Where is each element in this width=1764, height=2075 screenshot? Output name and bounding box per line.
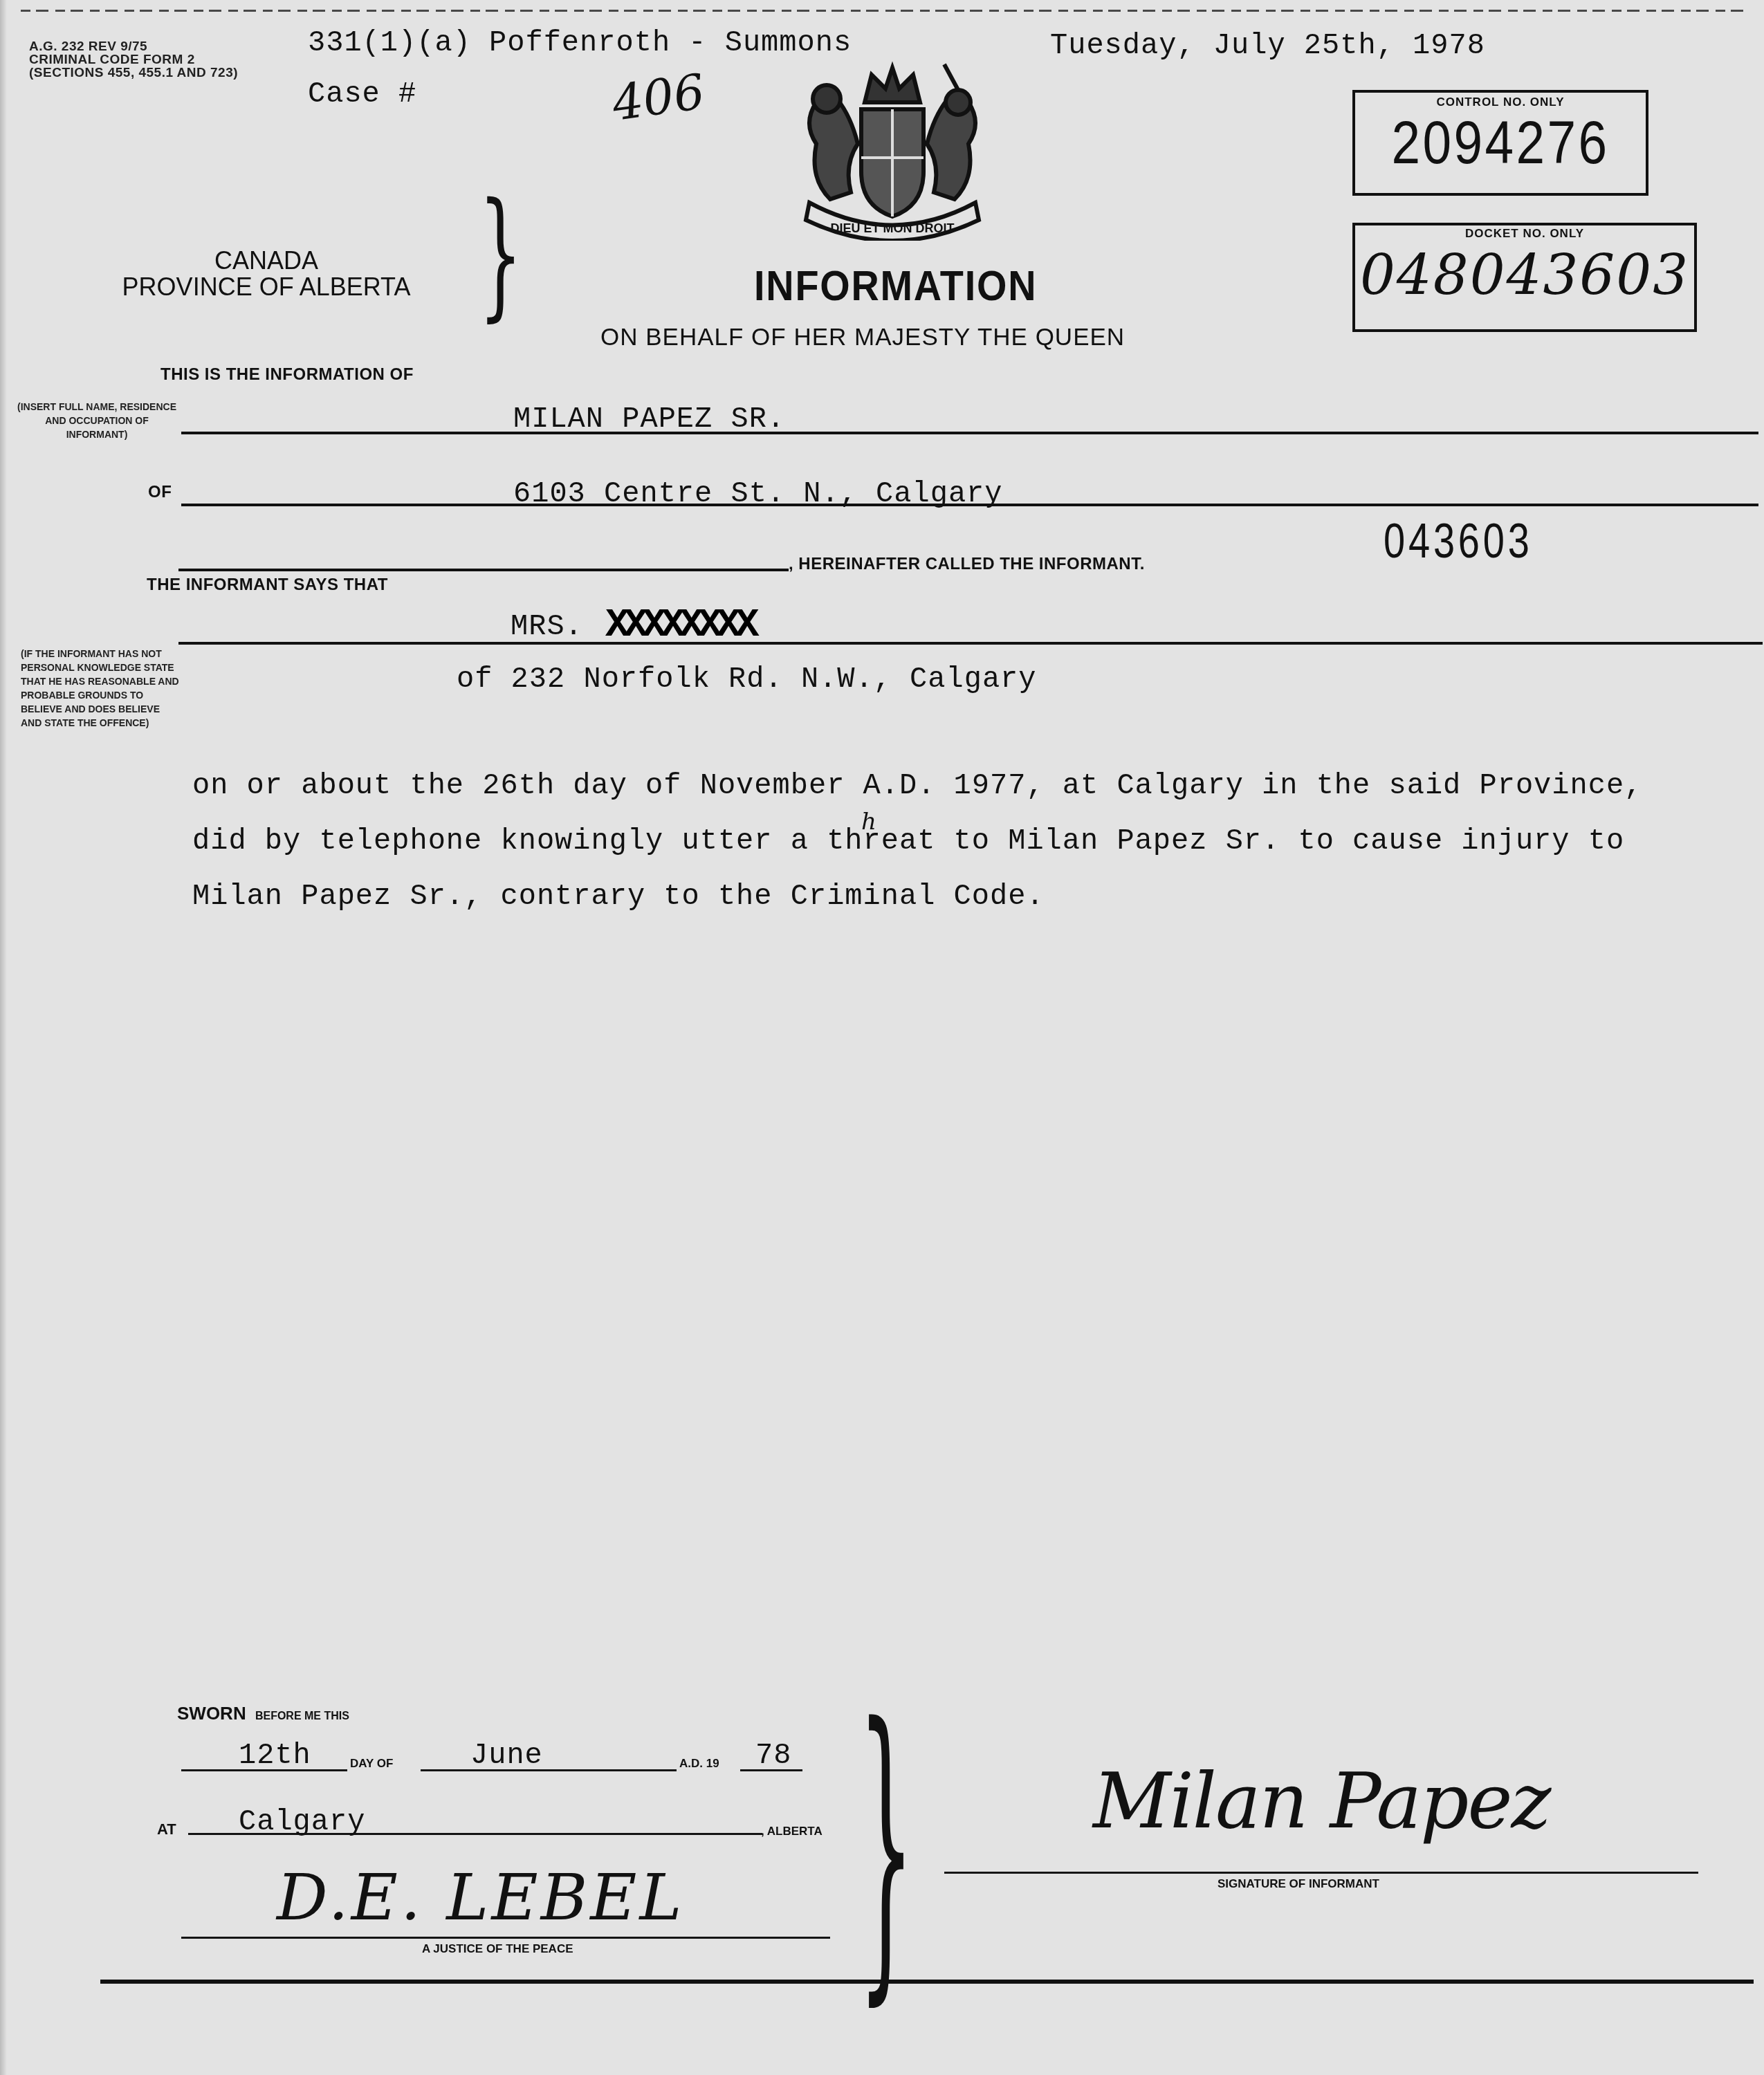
header-date: Tuesday, July 25th, 1978	[1050, 29, 1485, 62]
royal-coat-of-arms-icon: DIEU ET MON DROIT	[789, 61, 996, 241]
brace-icon: }	[479, 185, 523, 324]
docket-number-value: 048043603	[1355, 241, 1694, 310]
alberta-label: , ALBERTA	[761, 1825, 823, 1838]
bottom-rule	[100, 1980, 1754, 1984]
jurisdiction: CANADA PROVINCE OF ALBERTA	[83, 248, 450, 300]
province: PROVINCE OF ALBERTA	[83, 274, 450, 300]
sworn-word: SWORN	[177, 1703, 246, 1724]
offence-line-3: Milan Papez Sr., contrary to the Crimina…	[192, 880, 1045, 913]
document-title: INFORMATION	[754, 261, 1037, 311]
informant-name-line	[181, 432, 1758, 434]
offence-line-2: did by telephone knowingly utter a threa…	[192, 824, 1624, 858]
accused-address: of 232 Norfolk Rd. N.W., Calgary	[457, 663, 1037, 696]
docket-number-label: DOCKET NO. ONLY	[1355, 227, 1694, 241]
handwritten-correction: h	[861, 808, 876, 836]
handwritten-case-number: 406	[609, 63, 708, 132]
control-number-value: 2094276	[1377, 109, 1624, 176]
informant-signature: Milan Papez	[1093, 1757, 1550, 1845]
scan-left-edge	[0, 0, 7, 2075]
informant-address-line	[181, 504, 1758, 506]
form-id-line1: A.G. 232 REV 9/75	[29, 40, 238, 53]
case-label: Case #	[308, 77, 416, 111]
information-of-label: THIS IS THE INFORMATION OF	[160, 365, 414, 385]
informant-name: MILAN PAPEZ SR.	[513, 403, 785, 436]
offence-line-1: on or about the 26th day of November A.D…	[192, 769, 1642, 802]
sworn-day: 12th	[239, 1739, 311, 1772]
sworn-label: SWORN BEFORE ME THIS	[177, 1703, 349, 1724]
of-label: OF	[148, 483, 172, 502]
docket-number-box: DOCKET NO. ONLY 048043603	[1352, 223, 1697, 332]
scan-top-edge	[21, 10, 1750, 12]
day-of-label: DAY OF	[350, 1757, 393, 1771]
form-id-line3: (SECTIONS 455, 455.1 AND 723)	[29, 66, 238, 80]
informant-says-label: THE INFORMANT SAYS THAT	[147, 575, 388, 595]
sworn-place: Calgary	[239, 1805, 365, 1838]
sworn-month: June	[470, 1739, 543, 1772]
brace-icon-bottom: }	[858, 1688, 915, 2006]
section-reference: 331(1)(a) Poffenroth - Summons	[308, 26, 852, 59]
accused-name-line	[178, 642, 1763, 645]
informant-occupation-line	[178, 569, 789, 571]
justice-signature-line	[181, 1937, 830, 1939]
informant-signature-line	[944, 1872, 1698, 1874]
at-label: AT	[157, 1820, 176, 1838]
accused-title: MRS.	[511, 610, 583, 643]
before-me-label: BEFORE ME THIS	[255, 1710, 349, 1722]
country: CANADA	[83, 248, 450, 274]
justice-label: A JUSTICE OF THE PEACE	[422, 1942, 573, 1956]
sworn-year: 78	[755, 1739, 791, 1772]
year-label: A.D. 19	[679, 1757, 719, 1771]
informant-signature-label: SIGNATURE OF INFORMANT	[1218, 1877, 1379, 1891]
accused-side-note: (IF THE INFORMANT HAS NOT PERSONAL KNOWL…	[21, 647, 180, 730]
informant-side-note: (INSERT FULL NAME, RESIDENCE AND OCCUPAT…	[14, 400, 180, 441]
month-line	[421, 1769, 677, 1771]
document-subtitle: ON BEHALF OF HER MAJESTY THE QUEEN	[600, 324, 1125, 351]
control-number-label: CONTROL NO. ONLY	[1355, 95, 1646, 109]
crest-motto: DIEU ET MON DROIT	[831, 221, 955, 235]
stamp-number: 043603	[1384, 513, 1533, 569]
hereinafter-label: , HEREINAFTER CALLED THE INFORMANT.	[789, 555, 1145, 574]
form-identifier: A.G. 232 REV 9/75 CRIMINAL CODE FORM 2 (…	[29, 40, 238, 80]
form-id-line2: CRIMINAL CODE FORM 2	[29, 53, 238, 66]
justice-signature: D.E. LEBEL	[277, 1861, 684, 1935]
control-number-box: CONTROL NO. ONLY 2094276	[1352, 90, 1648, 196]
